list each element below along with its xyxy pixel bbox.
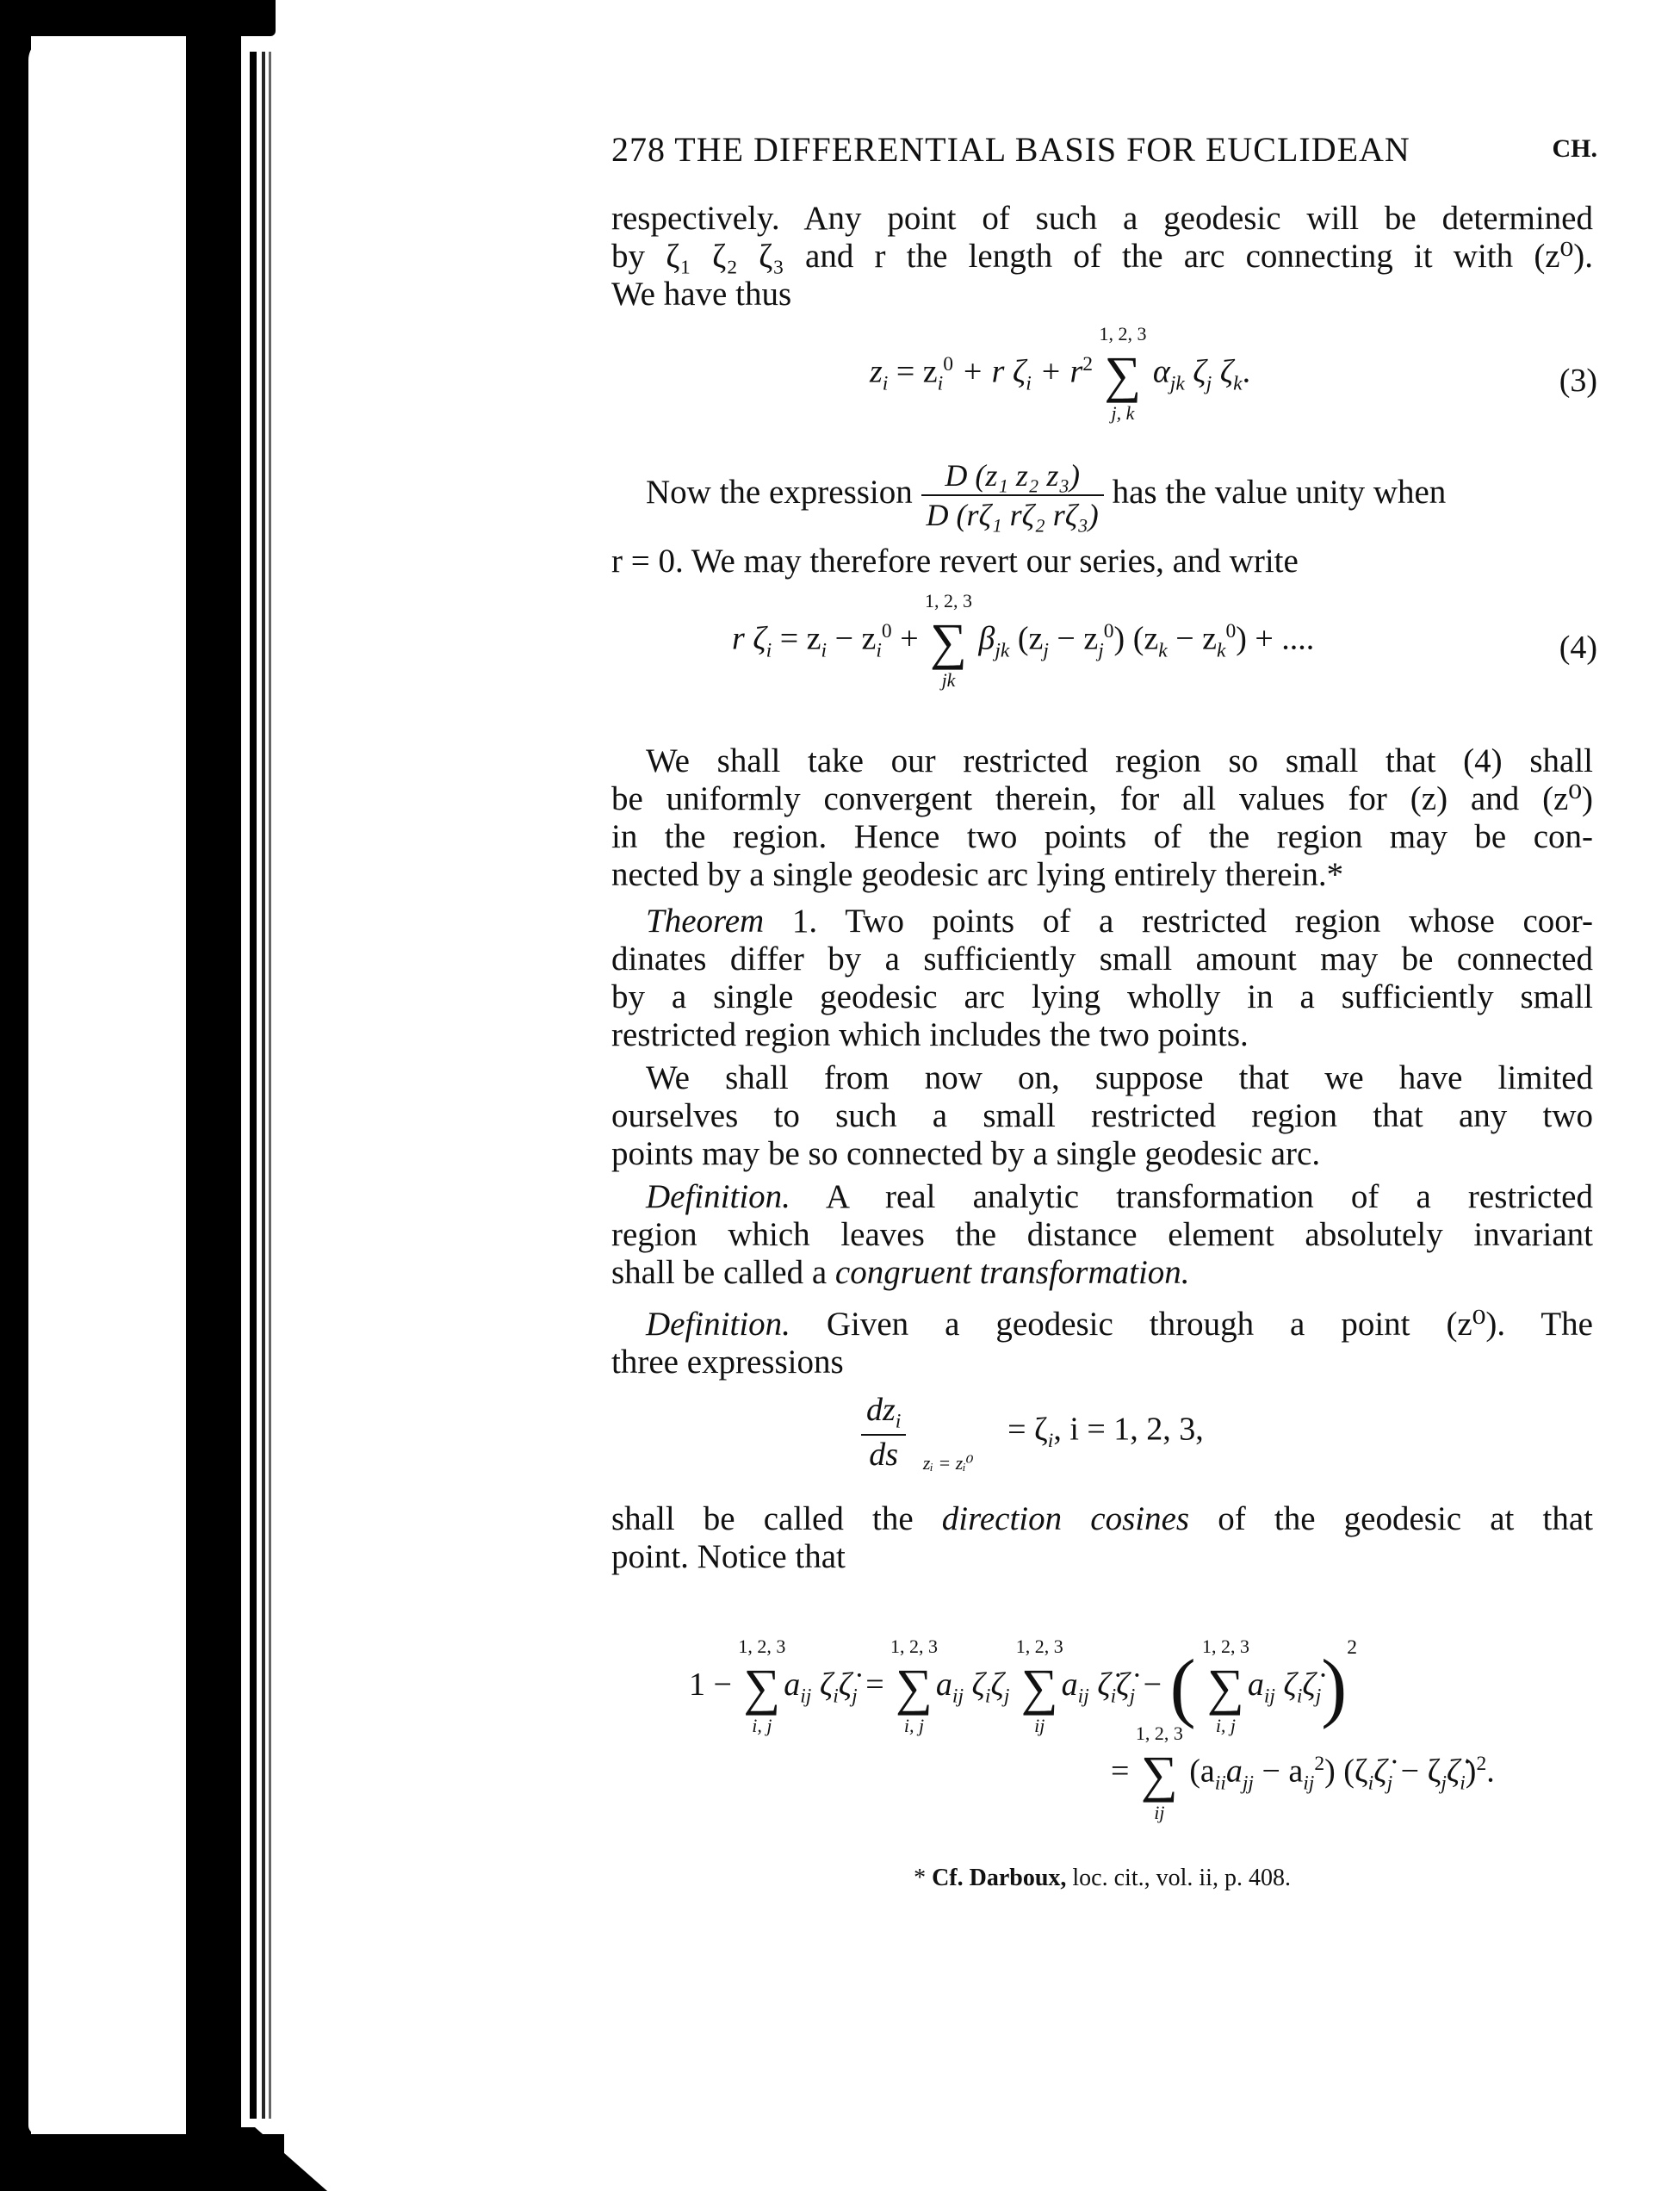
paragraph-notice: shall be called the direction cosines of… <box>611 1500 1593 1576</box>
paragraph-revert: r = 0. We may therefore revert our serie… <box>611 543 1593 580</box>
text-line: Definition. A real analytic transformati… <box>611 1178 1593 1216</box>
text-line: by a single geodesic arc lying wholly in… <box>611 978 1593 1016</box>
equation-identity-line1: 1 − 1, 2, 3∑i, j aij ζiζ̇j = 1, 2, 3∑i, … <box>689 1636 1357 1717</box>
text-line: points may be so connected by a single g… <box>611 1135 1593 1173</box>
text-line: dinates differ by a sufficiently small a… <box>611 940 1593 978</box>
definition-label: Definition. <box>646 1178 790 1215</box>
text-line: We have thus <box>611 276 1593 313</box>
footnote: * Cf. Darboux, loc. cit., vol. ii, p. 40… <box>611 1865 1593 1892</box>
page-edge-line <box>262 52 265 2119</box>
text-line: point. Notice that <box>611 1538 1593 1576</box>
text-line: be uniformly convergent therein, for all… <box>611 780 1593 818</box>
theorem-label: Theorem <box>646 903 764 940</box>
text-line: respectively. Any point of such a geodes… <box>611 200 1593 238</box>
running-head: 278 THE DIFFERENTIAL BASIS FOR EUCLIDEAN… <box>611 129 1597 172</box>
gutter-shadow-left <box>0 0 31 2191</box>
equation-4: r ζi = zi − zi0 + 1, 2, 3 ∑ jk βjk (zj −… <box>732 616 1314 667</box>
page-edge-line <box>269 52 271 2119</box>
derivative-fraction: dzi ds <box>861 1391 906 1474</box>
text-line: shall be called the direction cosines of… <box>611 1500 1593 1538</box>
text-line: ourselves to such a small restricted reg… <box>611 1097 1593 1135</box>
summation: 1, 2, 3∑ij <box>1021 1661 1058 1713</box>
chapter-abbrev: CH. <box>1553 134 1598 164</box>
term-direction-cosines: direction cosines <box>942 1500 1189 1537</box>
definition-congruent: Definition. A real analytic transformati… <box>611 1178 1593 1292</box>
running-title: THE DIFFERENTIAL BASIS FOR EUCLIDEAN <box>674 130 1410 169</box>
summation: 1, 2, 3 ∑ jk <box>930 616 967 667</box>
text-line: region which leaves the distance element… <box>611 1216 1593 1254</box>
equation-3: zi = zi0 + r ζi + r2 1, 2, 3 ∑ j, k αjk … <box>870 349 1250 400</box>
footnote-citation-author: Cf. Darboux, <box>932 1865 1066 1891</box>
facing-page-edge <box>28 36 187 2134</box>
summation: 1, 2, 3∑i, j <box>896 1661 933 1713</box>
page-edge-line <box>250 52 257 2119</box>
text-line: three expressions <box>611 1344 1593 1381</box>
paragraph-restriction: We shall from now on, suppose that we ha… <box>611 1059 1593 1173</box>
summation: 1, 2, 3 ∑ j, k <box>1105 349 1142 400</box>
equation-number-4: (4) <box>1559 629 1597 667</box>
paragraph-jacobian: Now the expression D (z₁ z₂ z₃) D (rζ₁ r… <box>611 456 1593 534</box>
text-line: by ζ₁ ζ₂ ζ₃ and r the length of the arc … <box>611 238 1593 276</box>
paragraph-convergence: We shall take our restricted region so s… <box>611 742 1593 894</box>
definition-label: Definition. <box>646 1306 790 1343</box>
book-spine <box>186 0 241 2191</box>
book-binding-gutter <box>0 0 284 2191</box>
equation-identity-line2: = 1, 2, 3∑ij (aiiajj − aij2) (ζiζ̇j − ζj… <box>1111 1748 1495 1800</box>
equation-number-3: (3) <box>1559 362 1597 400</box>
page-number: 278 <box>611 130 666 169</box>
text-line: Definition. Given a geodesic through a p… <box>611 1306 1593 1344</box>
text-line: restricted region which includes the two… <box>611 1016 1593 1054</box>
summation: 1, 2, 3∑i, j <box>1207 1661 1244 1713</box>
term-congruent-transformation: congruent transformation. <box>835 1254 1190 1291</box>
text-line: We shall from now on, suppose that we ha… <box>611 1059 1593 1097</box>
text-line: r = 0. We may therefore revert our serie… <box>611 543 1593 580</box>
footnote-marker: * <box>914 1865 926 1891</box>
text-line: shall be called a congruent transformati… <box>611 1254 1593 1292</box>
definition-direction-cosines: Definition. Given a geodesic through a p… <box>611 1306 1593 1381</box>
paragraph-intro: respectively. Any point of such a geodes… <box>611 200 1593 313</box>
text-line: We shall take our restricted region so s… <box>611 742 1593 780</box>
theorem-1: Theorem 1. Two points of a restricted re… <box>611 903 1593 1054</box>
summation: 1, 2, 3∑i, j <box>743 1661 780 1713</box>
text-line: nected by a single geodesic arc lying en… <box>611 856 1593 894</box>
equation-direction-cosines: dzi ds zᵢ = zᵢ⁰ = ζi, i = 1, 2, 3, <box>861 1391 1204 1474</box>
footnote-citation: loc. cit., vol. ii, p. 408. <box>1066 1865 1291 1891</box>
jacobian-fraction: D (z₁ z₂ z₃) D (rζ₁ rζ₂ rζ₃) <box>921 456 1104 534</box>
summation: 1, 2, 3∑ij <box>1141 1748 1178 1800</box>
text-line: in the region. Hence two points of the r… <box>611 818 1593 856</box>
text-line: Theorem 1. Two points of a restricted re… <box>611 903 1593 940</box>
